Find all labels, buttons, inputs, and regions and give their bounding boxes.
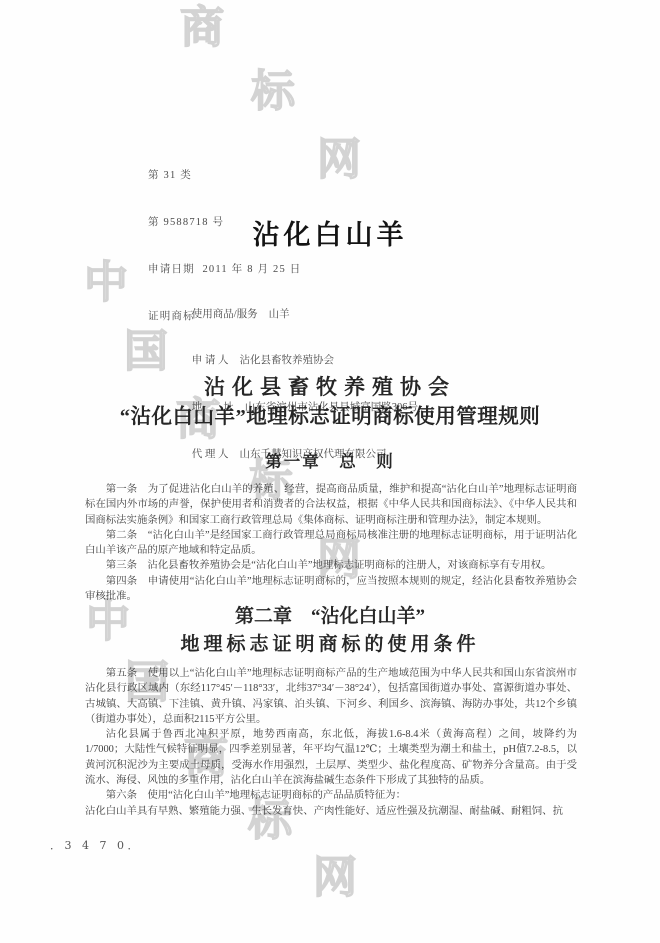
watermark-char: 网 <box>317 138 361 182</box>
chapter-2-heading: 第二章 “沾化白山羊” 地理标志证明商标的使用条件 <box>0 603 660 659</box>
geography-paragraph: 沾化县属于鲁西北冲积平原，地势西南高，东北低，海拔1.6-8.4米（黄海高程）之… <box>85 727 577 788</box>
rules-title: “沾化白山羊”地理标志证明商标使用管理规则 <box>0 399 660 429</box>
watermark-char: 标 <box>251 70 295 114</box>
chapter-2-heading-line1: 第二章 “沾化白山羊” <box>0 603 660 631</box>
chapter-1-heading: 第一章 总 则 <box>0 448 660 472</box>
article-5-paragraph: 第五条 使用以上“沾化白山羊”地理标志证明商标产品的生产地域范围为中华人民共和国… <box>85 666 577 727</box>
document-page: 商 标 网 中 国 商 标 网 中 国 商 标 网 第 31 类 第 95887… <box>0 0 660 943</box>
info-value: 沾化县畜牧养殖协会 <box>240 355 335 366</box>
trademark-name: 沾化白山羊 <box>0 213 660 252</box>
info-label: 使用商品/服务 <box>192 307 258 323</box>
watermark-char: 商 <box>180 6 224 50</box>
watermark-char: 网 <box>313 856 357 900</box>
article-1-paragraph: 第一条 为了促进沾化白山羊的养殖、经营，提高商品质量，维护和提高“沾化白山羊”地… <box>85 482 577 528</box>
info-label: 申 请 人 <box>192 353 229 369</box>
quality-traits-paragraph: 沾化白山羊具有早熟、繁殖能力强、生长发育快、产肉性能好、适应性强及抗潮湿、耐盐碱… <box>85 804 577 819</box>
article-6-paragraph: 第六条 使用“沾化白山羊”地理标志证明商标的产品品质特征为： <box>85 788 577 803</box>
registration-class-line: 第 31 类 <box>148 168 301 184</box>
article-3-paragraph: 第三条 沾化县畜牧养殖协会是“沾化白山羊”地理标志证明商标的注册人，对该商标享有… <box>85 558 577 573</box>
chapter-1-body: 第一条 为了促进沾化白山羊的养殖、经营，提高商品质量，维护和提高“沾化白山羊”地… <box>85 482 577 604</box>
article-4-paragraph: 第四条 申请使用“沾化白山羊”地理标志证明商标的，应当按照本规则的规定，经沾化县… <box>85 574 577 605</box>
article-2-paragraph: 第二条 “沾化白山羊”是经国家工商行政管理总局商标局核准注册的地理标志证明商标，… <box>85 528 577 559</box>
chapter-2-heading-line2: 地理标志证明商标的使用条件 <box>0 631 660 659</box>
page-number: ．3 4 7 0． <box>50 837 142 853</box>
association-title: 沾化县畜牧养殖协会 <box>0 371 660 401</box>
info-row-goods: 使用商品/服务山羊 <box>176 291 418 338</box>
application-date-line: 申请日期 2011 年 8 月 25 日 <box>148 262 301 278</box>
watermark-char: 中 <box>84 261 128 305</box>
chapter-2-body: 第五条 使用以上“沾化白山羊”地理标志证明商标产品的生产地域范围为中华人民共和国… <box>85 666 577 819</box>
info-value: 山羊 <box>269 309 290 320</box>
